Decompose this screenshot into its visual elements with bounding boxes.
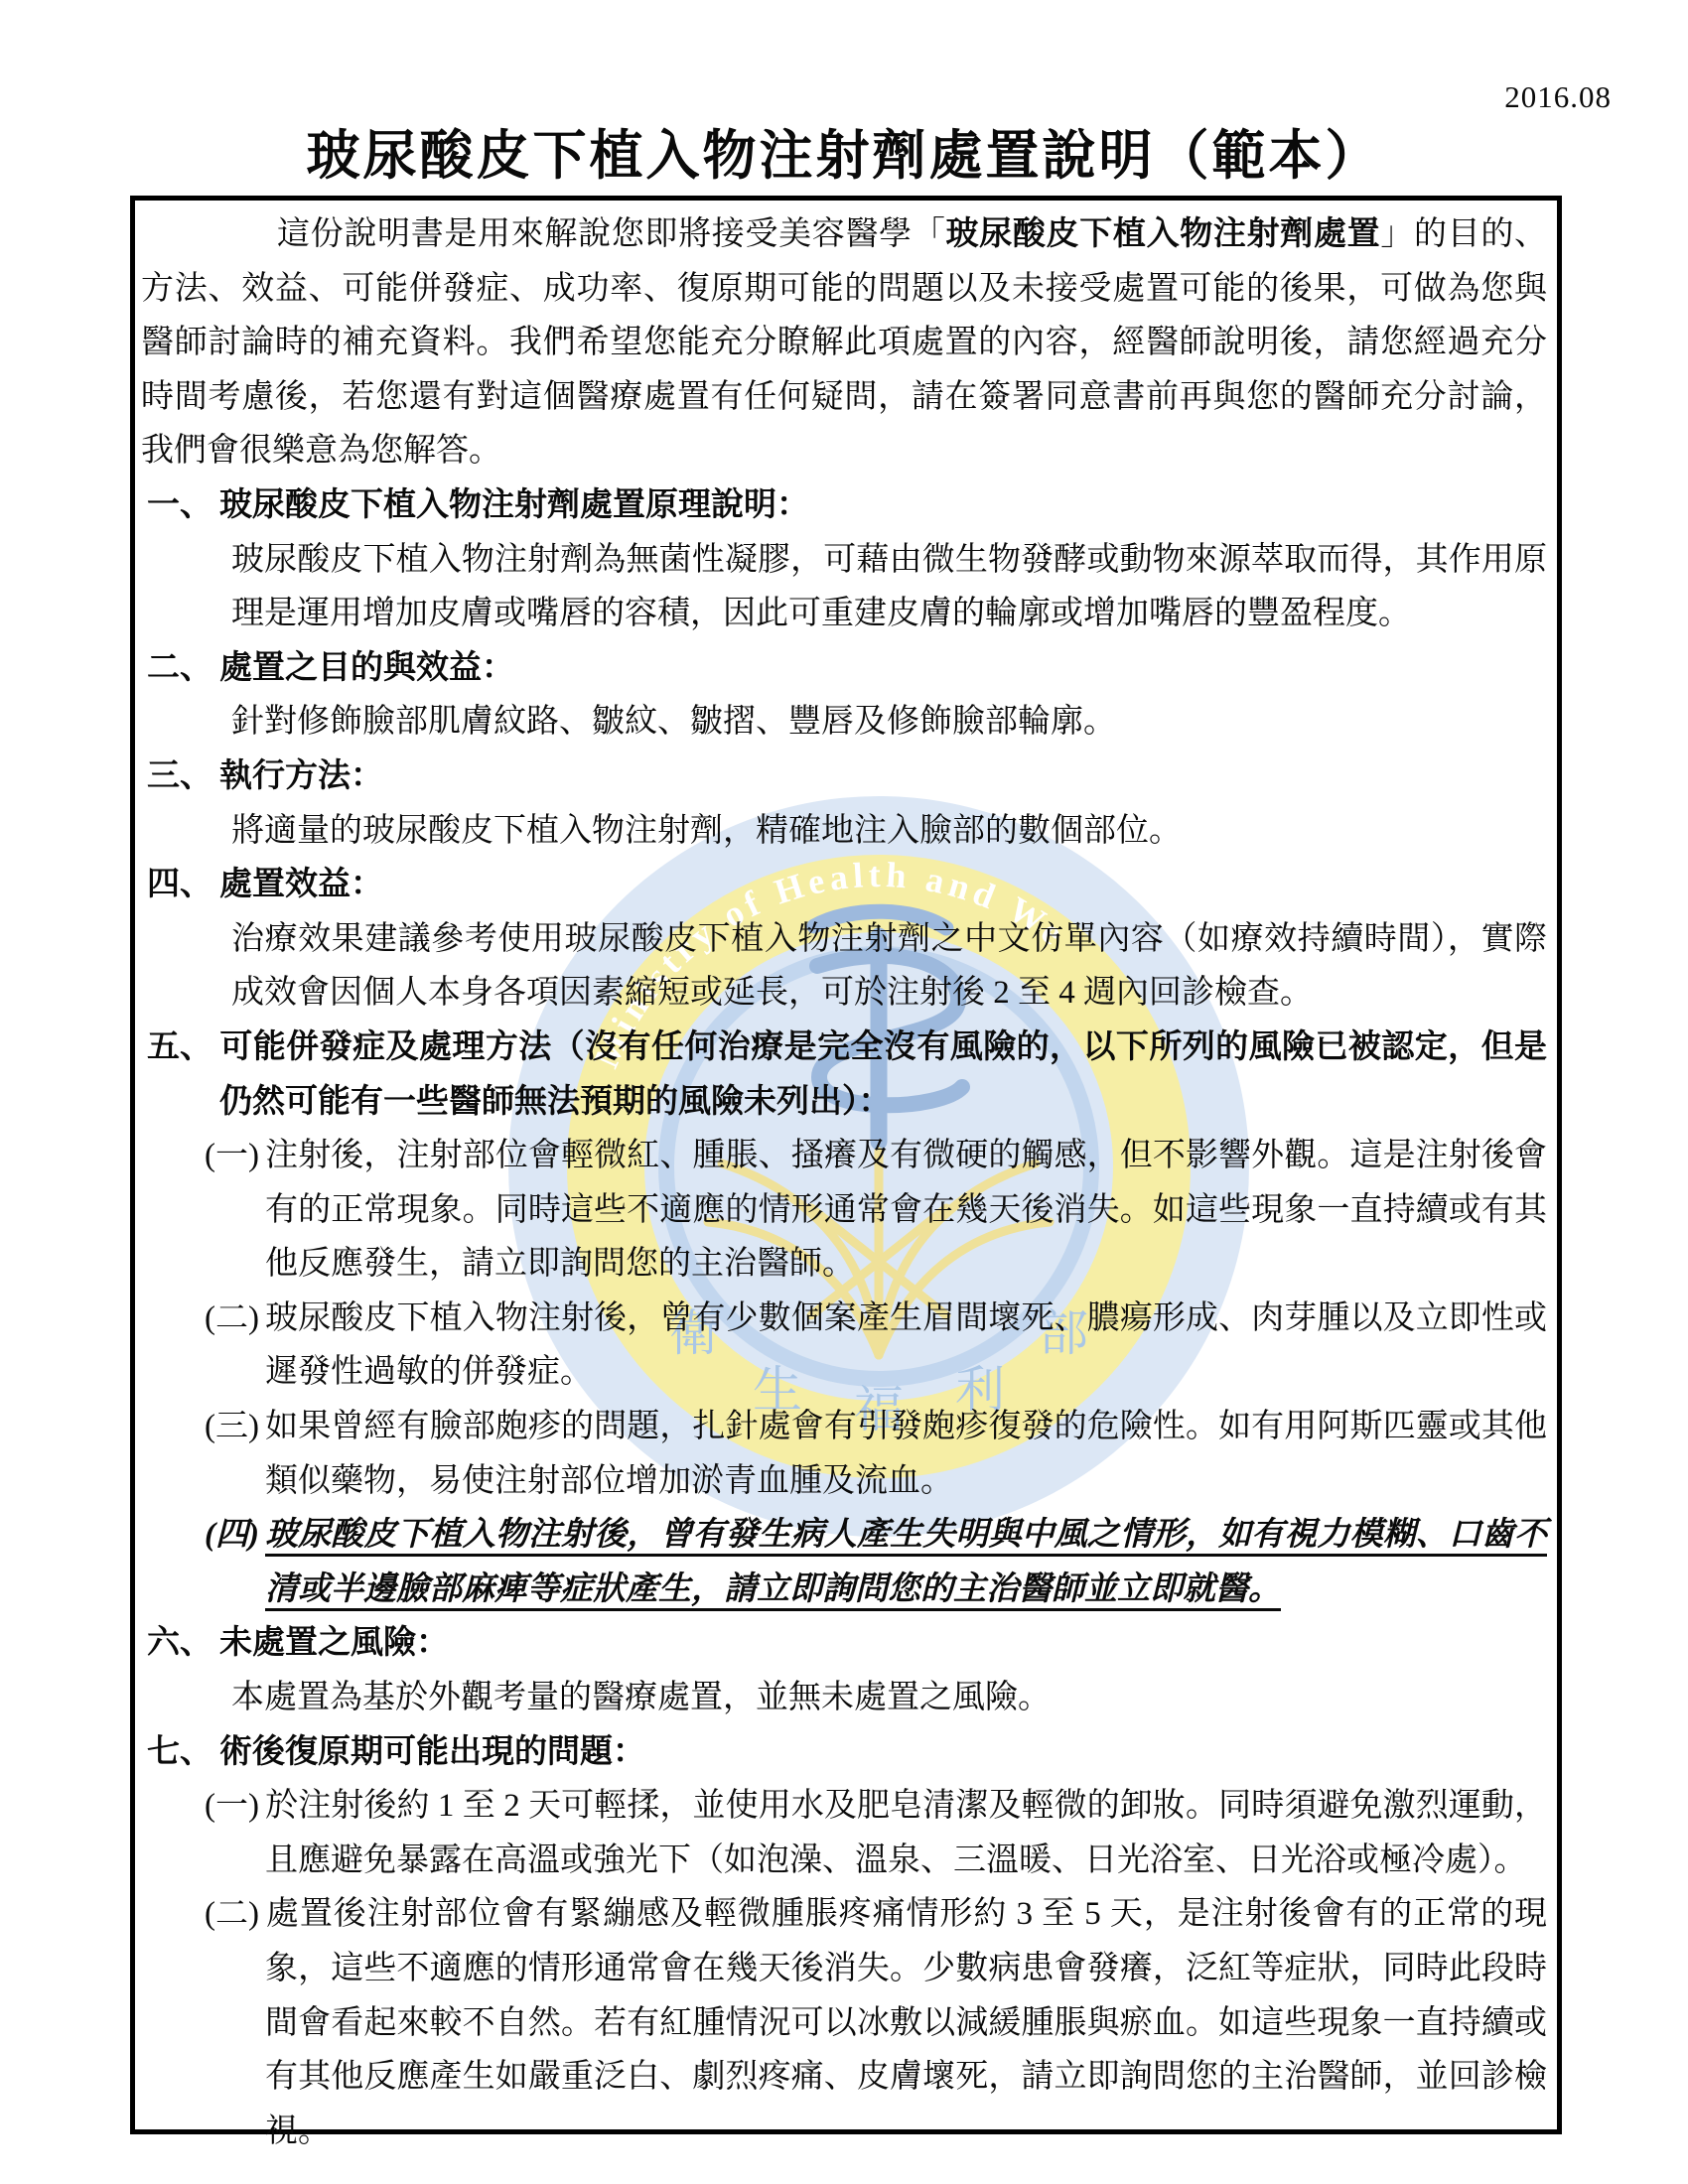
procedure-term: 玻尿酸皮下植入物注射劑處置 [946,216,1381,252]
section-5-number: 五、 [147,1021,219,1075]
section-2-number: 二、 [147,641,219,696]
section-6-body: 本處置為基於外觀考量的醫療處置，並無未處置之風險。 [231,1671,1547,1725]
section-7-item-1: (一)於注射後約 1 至 2 天可輕揉，並使用水及肥皂清潔及輕微的卸妝。同時須避… [205,1779,1547,1887]
section-4-body: 治療效果建議參考使用玻尿酸皮下植入物注射劑之中文仿單內容（如療效持續時間），實際… [231,912,1547,1021]
item-label: (一) [205,1779,265,1834]
section-5-item-2: (二)玻尿酸皮下植入物注射後，曾有少數個案產生眉間壞死、膿瘍形成、肉芽腫以及立即… [205,1292,1547,1400]
item-text: 玻尿酸皮下植入物注射後，曾有發生病人產生失明與中風之情形，如有視力模糊、口齒不清… [265,1517,1547,1607]
section-3-number: 三、 [147,750,219,804]
section-2-heading-text: 處置之目的與效益： [219,650,514,686]
item-label: (二) [205,1292,265,1346]
item-label: (四) [205,1508,265,1563]
item-text: 於注射後約 1 至 2 天可輕揉，並使用水及肥皂清潔及輕微的卸妝。同時須避免激烈… [265,1788,1547,1878]
section-5-item-3: (三)如果曾經有臉部皰疹的問題，扎針處會有引發皰疹復發的危險性。如有用阿斯匹靈或… [205,1400,1547,1508]
intro-paragraph: 這份說明書是用來解說您即將接受美容醫學「玻尿酸皮下植入物注射劑處置」的目的、方法… [141,207,1547,478]
section-1-heading-text: 玻尿酸皮下植入物注射劑處置原理說明： [219,487,809,523]
section-1-body: 玻尿酸皮下植入物注射劑為無菌性凝膠，可藉由微生物發酵或動物來源萃取而得，其作用原… [231,533,1547,641]
item-label: (二) [205,1887,265,1942]
document-body-frame: 這份說明書是用來解說您即將接受美容醫學「玻尿酸皮下植入物注射劑處置」的目的、方法… [130,196,1562,2134]
document-page: Ministry of Health and We 衛 生 福 利 部 2016… [0,0,1688,2184]
section-6-heading-text: 未處置之風險： [219,1625,449,1661]
section-4-heading: 四、處置效益： [147,858,1547,912]
section-4-heading-text: 處置效益： [219,867,383,902]
item-text: 注射後，注射部位會輕微紅、腫脹、搔癢及有微硬的觸感，但不影響外觀。這是注射後會有… [265,1138,1547,1282]
section-5-item-1: (一)注射後，注射部位會輕微紅、腫脹、搔癢及有微硬的觸感，但不影響外觀。這是注射… [205,1129,1547,1292]
item-text: 玻尿酸皮下植入物注射後，曾有少數個案產生眉間壞死、膿瘍形成、肉芽腫以及立即性或遲… [265,1300,1547,1391]
intro-rest: 」的目的、方法、效益、可能併發症、成功率、復原期可能的問題以及未接受處置可能的後… [141,216,1547,469]
section-1-number: 一、 [147,478,219,533]
section-7-heading-text: 術後復原期可能出現的問題： [219,1734,645,1770]
section-5-heading: 五、可能併發症及處理方法（沒有任何治療是完全沒有風險的，以下所列的風險已被認定，… [147,1021,1547,1129]
section-5-heading-text: 可能併發症及處理方法（沒有任何治療是完全沒有風險的，以下所列的風險已被認定，但是… [219,1029,1547,1120]
section-3-body: 將適量的玻尿酸皮下植入物注射劑，精確地注入臉部的數個部位。 [231,804,1547,859]
section-3-heading: 三、執行方法： [147,750,1547,804]
section-6-number: 六、 [147,1616,219,1671]
section-2-heading: 二、處置之目的與效益： [147,641,1547,696]
section-1-heading: 一、玻尿酸皮下植入物注射劑處置原理說明： [147,478,1547,533]
section-7-item-2: (二)處置後注射部位會有緊繃感及輕微腫脹疼痛情形約 3 至 5 天，是注射後會有… [205,1887,1547,2158]
item-text: 如果曾經有臉部皰疹的問題，扎針處會有引發皰疹復發的危險性。如有用阿斯匹靈或其他類… [265,1409,1547,1499]
revision-date: 2016.08 [1504,79,1612,115]
section-5-item-4-warning: (四)玻尿酸皮下植入物注射後，曾有發生病人產生失明與中風之情形，如有視力模糊、口… [205,1508,1547,1616]
intro-lead: 這份說明書是用來解說您即將接受美容醫學「 [277,216,946,252]
section-7-heading: 七、術後復原期可能出現的問題： [147,1725,1547,1780]
item-text: 處置後注射部位會有緊繃感及輕微腫脹疼痛情形約 3 至 5 天，是注射後會有的正常… [265,1896,1547,2148]
section-4-number: 四、 [147,858,219,912]
section-6-heading: 六、未處置之風險： [147,1616,1547,1671]
item-label: (一) [205,1129,265,1183]
section-3-heading-text: 執行方法： [219,758,383,794]
section-2-body: 針對修飾臉部肌膚紋路、皺紋、皺摺、豐唇及修飾臉部輪廓。 [231,695,1547,750]
section-7-number: 七、 [147,1725,219,1780]
item-label: (三) [205,1400,265,1454]
page-title: 玻尿酸皮下植入物注射劑處置說明（範本） [0,113,1688,190]
